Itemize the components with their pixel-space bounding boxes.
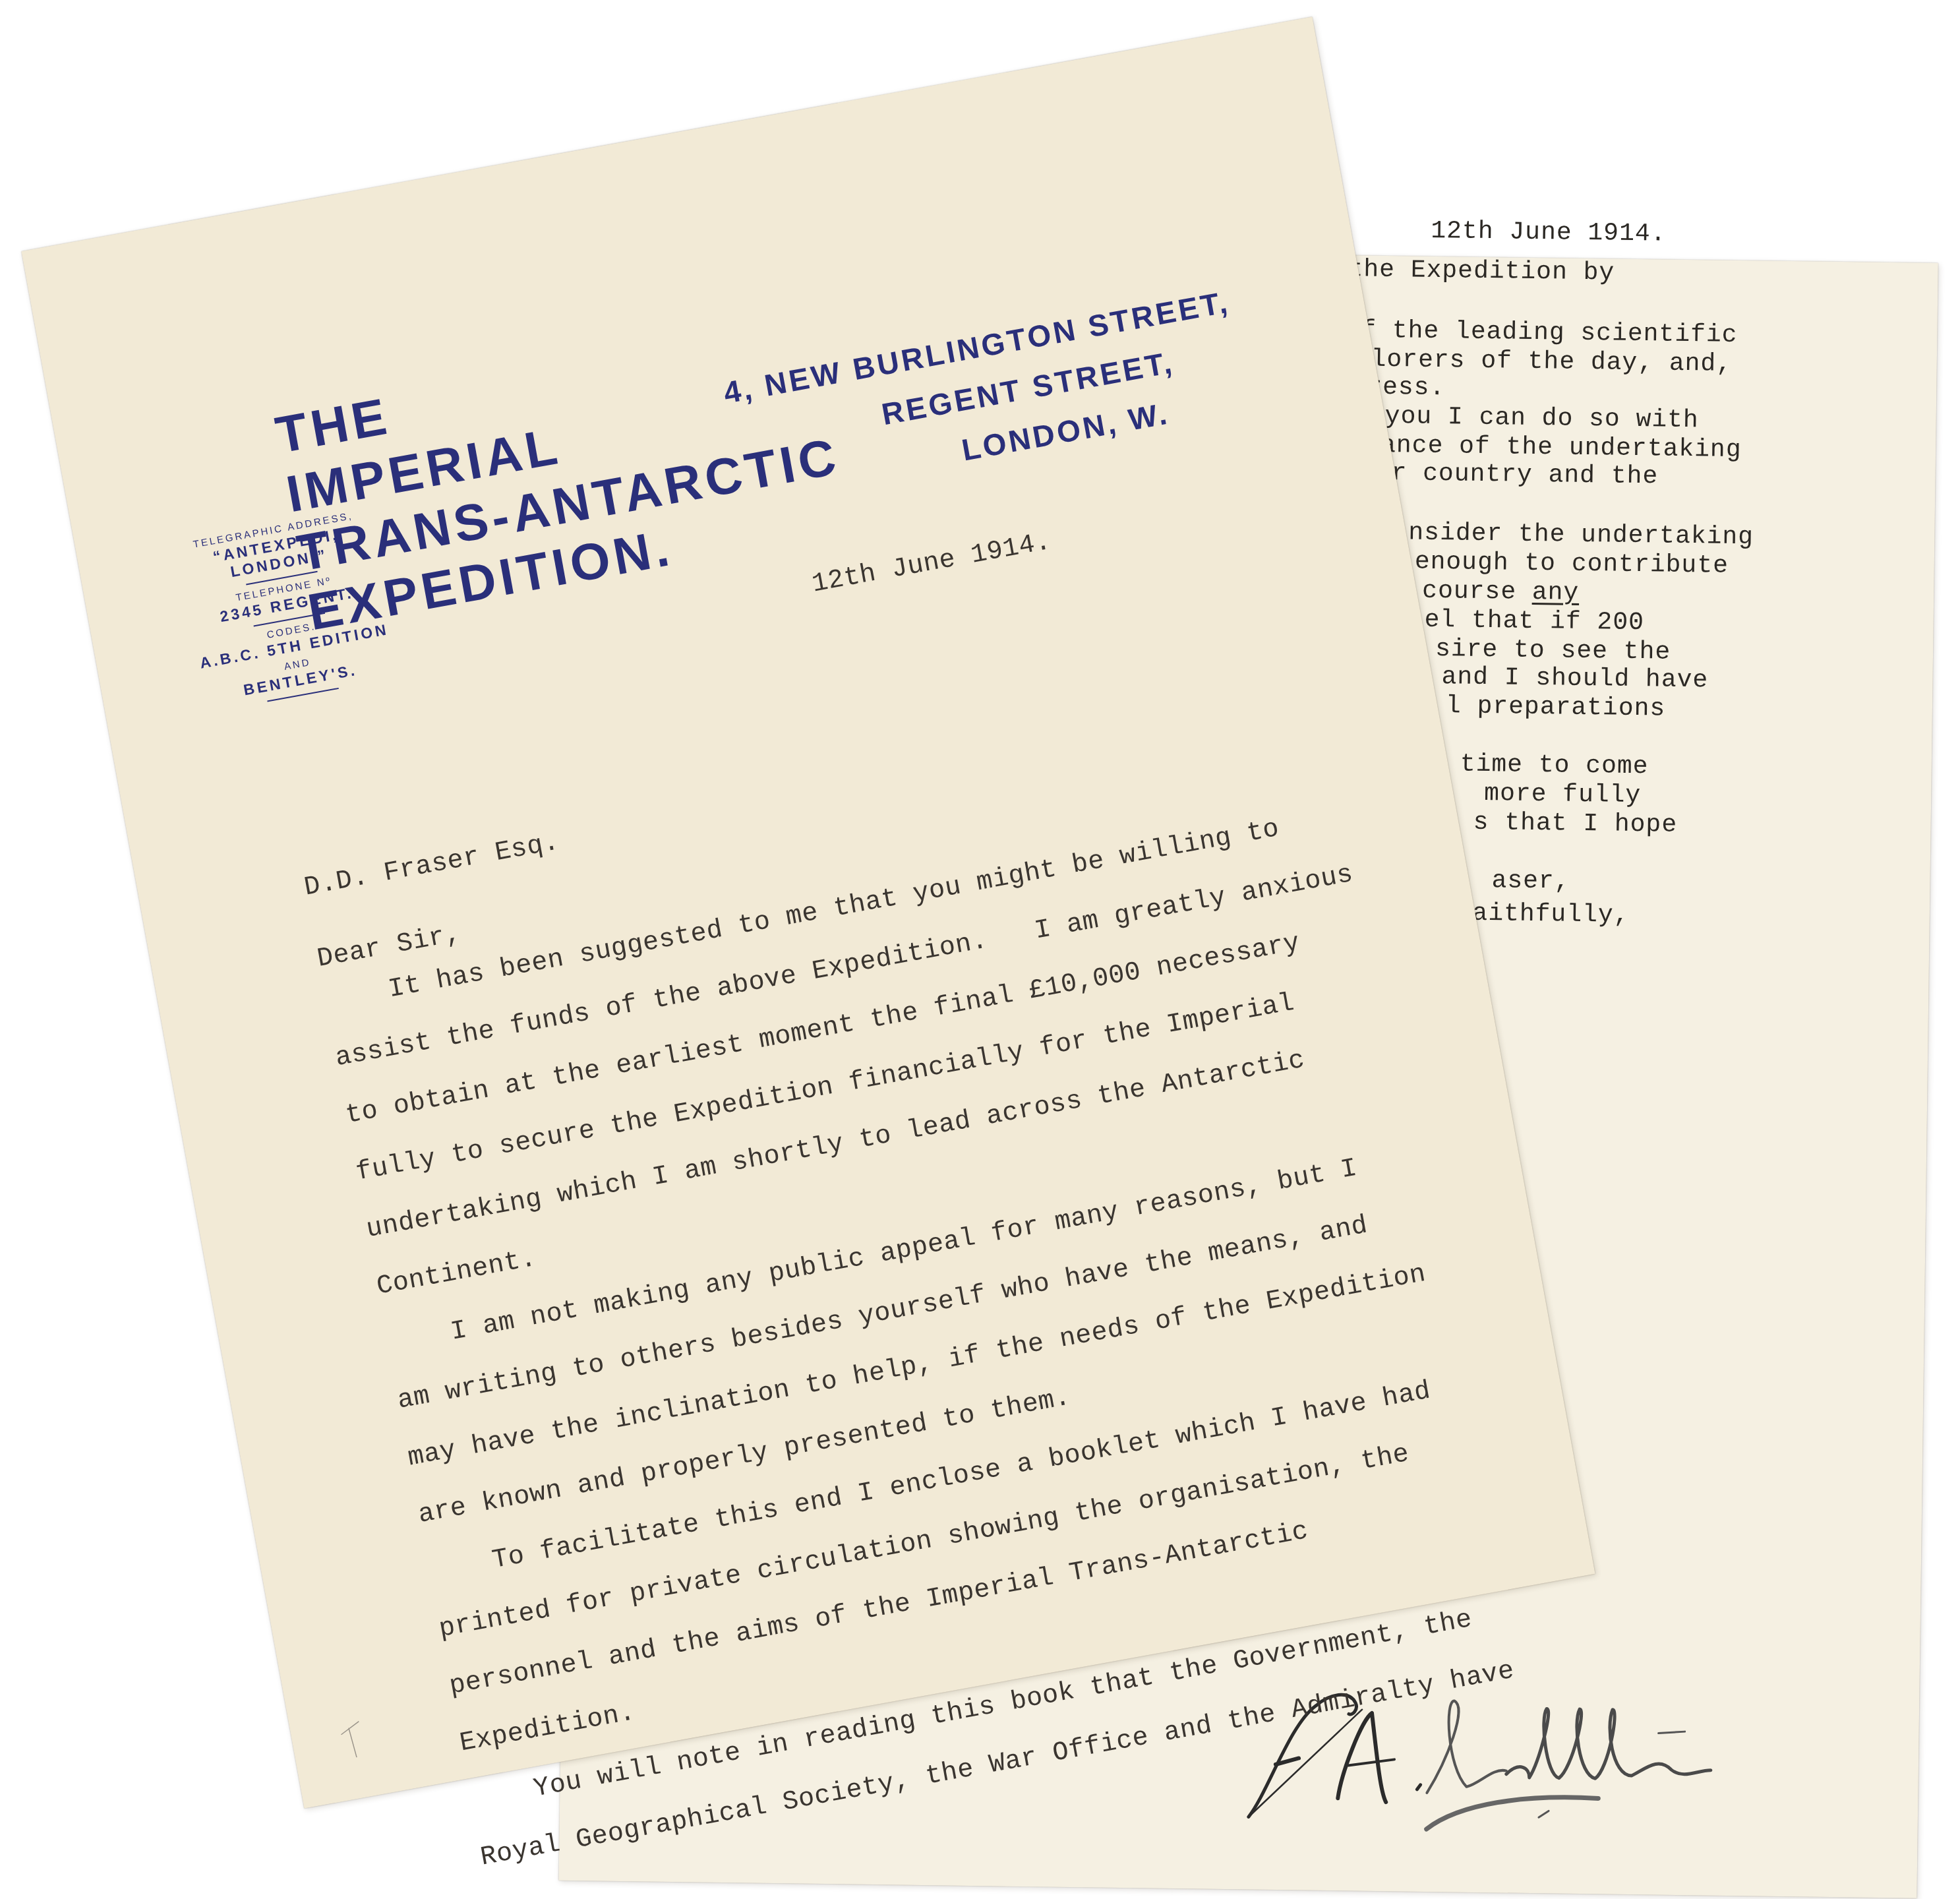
page-2-line: sire to see the	[1435, 635, 1671, 667]
page-2-line: of the leading scientific	[1345, 316, 1738, 349]
page-2-line: aser,	[1491, 866, 1570, 896]
pencil-mark-icon	[336, 1718, 369, 1761]
page-2-line: course any	[1422, 577, 1580, 607]
underlined-any: any	[1532, 578, 1580, 607]
page-2-line-text: course	[1422, 577, 1532, 607]
page-2-line: time to come	[1460, 750, 1649, 781]
page-2-line: s that I hope	[1473, 808, 1677, 839]
page-2-line: nsider the undertaking	[1408, 518, 1754, 551]
page-2-line: el that if 200	[1424, 606, 1644, 637]
recipient: D.D. Fraser Esq.	[302, 828, 562, 903]
page-2-line: r country and the	[1391, 459, 1658, 491]
page-2-line: and I should have	[1441, 663, 1708, 694]
body-line: Continent.	[374, 1244, 539, 1302]
letterhead-contact-block: TELEGRAPHIC ADDRESS, “ANTEXPEDI, LONDON.…	[161, 501, 414, 721]
page-2-line: more fully	[1484, 779, 1642, 810]
page-2-line: you I can do so with	[1384, 402, 1699, 435]
page-2-line: l preparations	[1446, 692, 1666, 723]
page-2-line: the Expedition by	[1348, 255, 1615, 287]
letter-page-1: THE IMPERIAL TRANS-ANTARCTIC EXPEDITION.…	[21, 16, 1595, 1808]
page-2-line: enough to contribute	[1415, 548, 1729, 580]
body-line: Expedition.	[458, 1698, 638, 1759]
page-2-date: 12th June 1914.	[1431, 217, 1667, 249]
